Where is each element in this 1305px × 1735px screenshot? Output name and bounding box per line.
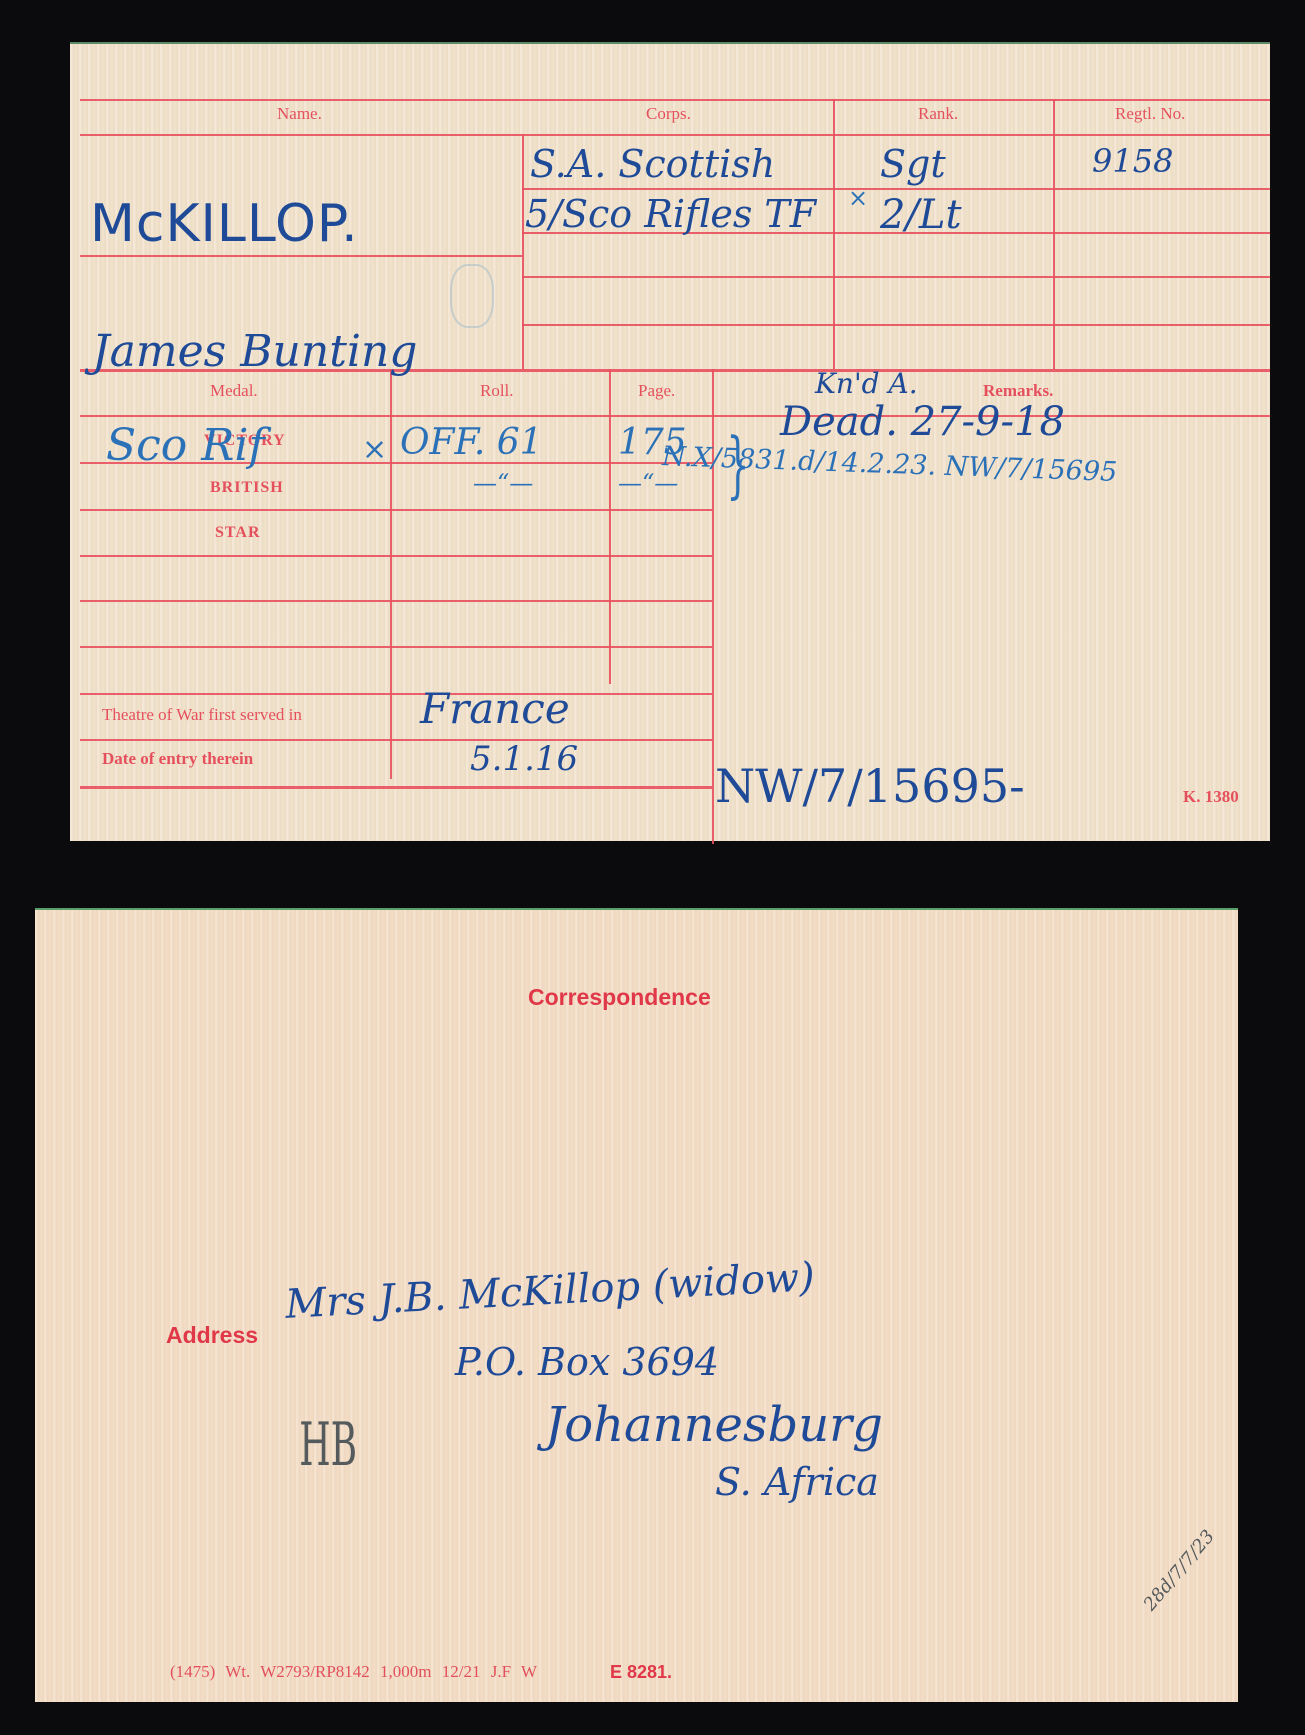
print-line: (1475) Wt. W2793/RP8142 1,000m 12/21 J.F…: [170, 1662, 537, 1682]
medal-marker: ×: [362, 432, 387, 467]
initials: HB: [299, 1410, 357, 1480]
medal-index-card-back: Correspondence Address Mrs J.B. McKillop…: [35, 908, 1238, 1702]
address-line-3: Johannesburg: [545, 1397, 883, 1453]
remarks-line-1: Kn'd A.: [815, 367, 918, 400]
grid-line: [390, 369, 392, 779]
page-british: —“—: [618, 469, 678, 497]
pencil-note: 28d/7/7/23: [1140, 1526, 1219, 1615]
grid-line: [522, 276, 1270, 278]
theatre-value: France: [420, 684, 570, 733]
grid-line: [80, 255, 522, 257]
grid-line: [522, 134, 524, 369]
corps-entry-1: S.A. Scottish: [530, 142, 775, 186]
grid-line: [80, 600, 712, 602]
address-line-4: S. Africa: [715, 1460, 879, 1504]
address-label: Address: [166, 1322, 258, 1349]
medal-british-label: BRITISH: [210, 479, 284, 497]
grid-line: [80, 693, 712, 695]
grid-line: [80, 134, 1270, 136]
grid-line: [712, 369, 714, 844]
watermark-stamp: [450, 264, 494, 328]
roll-victory: OFF. 61: [400, 422, 543, 463]
roll-british: —“—: [473, 469, 533, 497]
grid-line: [80, 555, 712, 557]
remarks-line-2: Dead. 27-9-18: [780, 399, 1065, 445]
grid-line: [80, 786, 712, 789]
entry-date-value: 5.1.16: [470, 739, 578, 779]
rank-entry-2: 2/Lt: [880, 192, 962, 238]
medal-unit-handwritten: Sco Rif: [106, 420, 265, 471]
rank-entry-1: Sgt: [880, 142, 946, 186]
grid-line: [1053, 99, 1055, 369]
grid-line: [80, 739, 712, 741]
address-line-2: P.O. Box 3694: [455, 1340, 719, 1384]
medal-index-card-front: Name. Corps. Rank. Regtl. No. Medal. Rol…: [70, 42, 1270, 841]
medal-header: Medal.: [210, 381, 258, 401]
corps-marker: ×: [848, 184, 868, 212]
name-header: Name.: [277, 104, 322, 124]
regtl-no-header: Regtl. No.: [1115, 104, 1185, 124]
address-line-1: Mrs J.B. McKillop (widow): [284, 1254, 816, 1328]
page-header: Page.: [638, 381, 675, 401]
regtl-no-entry-1: 9158: [1092, 142, 1173, 180]
roll-header: Roll.: [480, 381, 514, 401]
reference-number: NW/7/15695-: [715, 759, 1025, 813]
medal-star-label: STAR: [215, 524, 261, 542]
grid-line: [80, 415, 1270, 417]
grid-line: [522, 324, 1270, 326]
rank-header: Rank.: [918, 104, 958, 124]
corps-entry-2: 5/Sco Rifles TF: [525, 192, 816, 236]
form-number: K. 1380: [1183, 787, 1239, 807]
grid-line: [80, 646, 712, 648]
print-code: E 8281.: [610, 1662, 672, 1683]
grid-line: [522, 188, 1270, 190]
grid-line: [833, 99, 835, 369]
surname: McKILLOP.: [90, 194, 359, 254]
remarks-header: Remarks.: [983, 381, 1053, 401]
corps-header: Corps.: [646, 104, 691, 124]
grid-line: [80, 99, 1270, 101]
correspondence-title: Correspondence: [528, 984, 711, 1011]
grid-line: [80, 509, 712, 511]
entry-date-label: Date of entry therein: [102, 749, 253, 769]
forenames: James Bunting: [92, 326, 417, 377]
grid-line: [609, 369, 611, 684]
theatre-label: Theatre of War first served in: [102, 705, 302, 725]
